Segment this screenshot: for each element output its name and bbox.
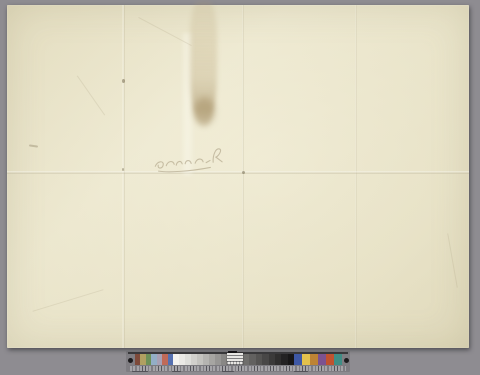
paper-texture: [7, 5, 469, 348]
vertical-fold-center: [242, 5, 244, 348]
water-stain-tip: [194, 97, 215, 125]
paper-speck: [122, 168, 124, 171]
target-micro-text: [172, 371, 181, 373]
color-patch: [310, 354, 318, 365]
vertical-fold-left: [122, 5, 125, 348]
paper-speck: [122, 79, 125, 83]
target-micro-text: [222, 371, 234, 373]
target-ruler: [130, 365, 346, 371]
grayscale-ramp-dark: [243, 354, 294, 365]
grayscale-ramp-light: [173, 354, 227, 365]
manuscript-sheet: [7, 5, 469, 348]
color-patch: [318, 354, 326, 365]
faint-inscription: [148, 141, 250, 178]
registration-dot-right: [344, 358, 349, 363]
vertical-fold-right: [355, 5, 357, 348]
wrinkle-line: [447, 233, 458, 287]
color-patches-right: [294, 354, 342, 365]
target-micro-text: [132, 371, 148, 373]
color-patches-left: [135, 354, 173, 365]
color-patch: [294, 354, 302, 365]
color-patch: [326, 354, 334, 365]
wrinkle-line: [77, 76, 105, 116]
wrinkle-line: [32, 289, 103, 312]
wrinkle-line: [138, 17, 191, 46]
water-stain: [190, 1, 217, 127]
photographed-document-scene: [0, 0, 480, 375]
color-calibration-target: [126, 351, 350, 372]
patch-row: [135, 354, 343, 365]
color-patch: [302, 354, 310, 365]
faint-pencil-mark: [29, 144, 38, 147]
inscription-stroke: [155, 149, 223, 173]
registration-dot-left: [128, 358, 133, 363]
color-patch: [334, 354, 342, 365]
target-micro-text: [294, 371, 308, 373]
